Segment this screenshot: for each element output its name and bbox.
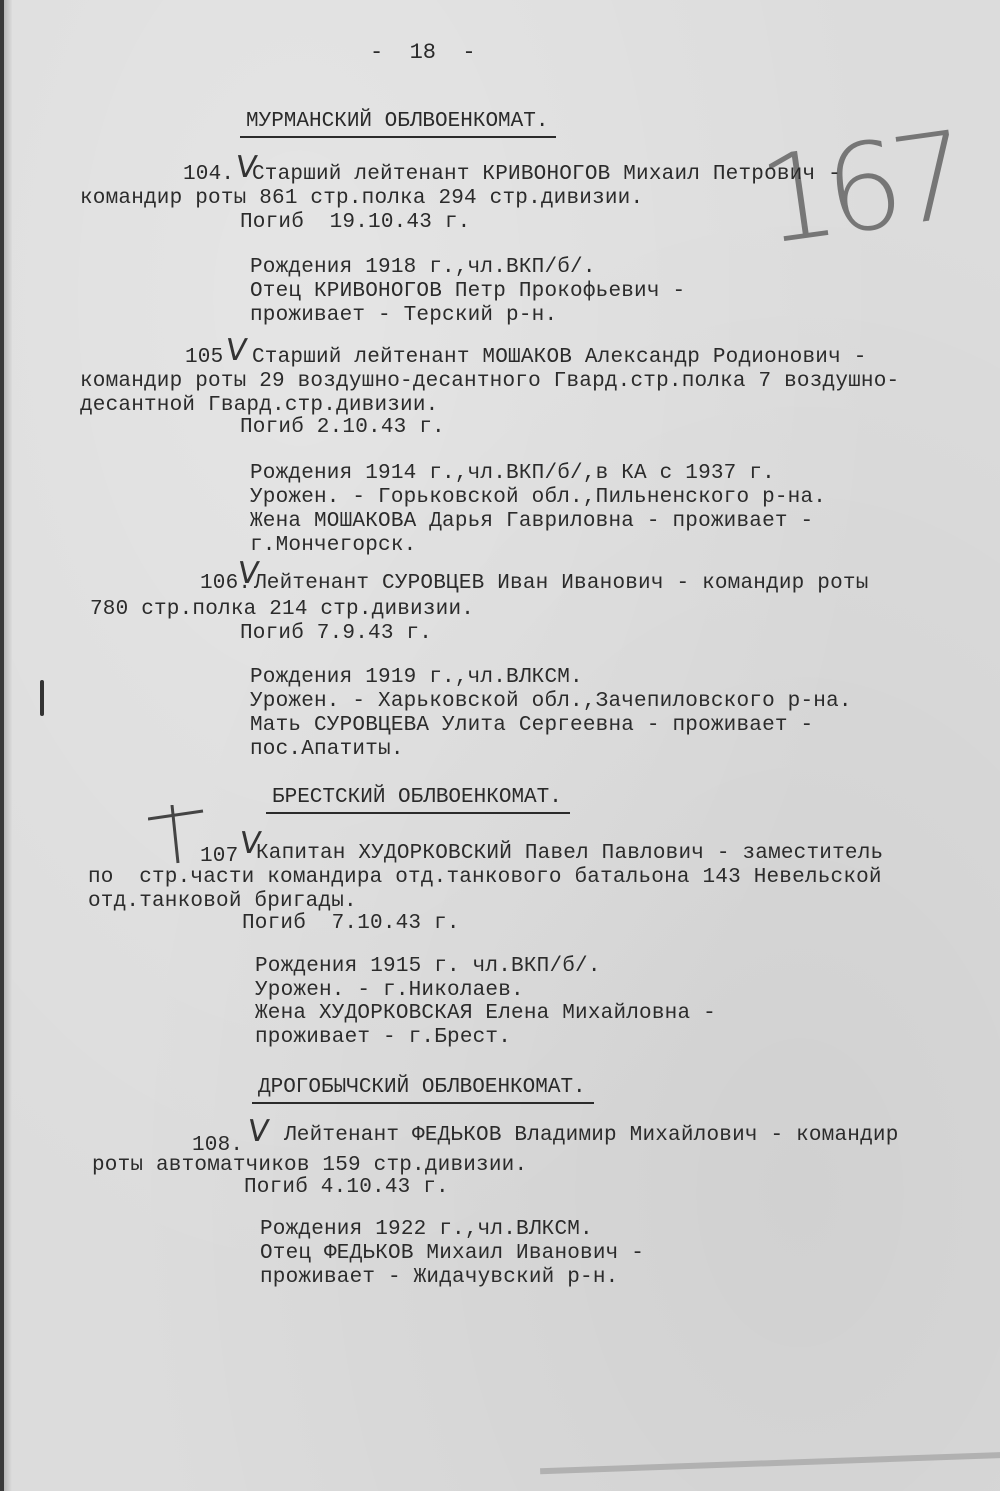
- entry-line: роты автоматчиков 159 стр.дивизии.: [92, 1154, 527, 1178]
- entry-line: десантной Гвард.стр.дивизии.: [80, 394, 438, 418]
- entry-detail: Рождения 1919 г.,чл.ВЛКСМ.: [250, 666, 583, 690]
- entry-death-date: Погиб 7.9.43 г.: [240, 622, 432, 646]
- document-page: - 18 - 167 МУРМАНСКИЙ ОБЛВОЕНКОМАТ. 104.…: [0, 0, 1000, 1491]
- entry-line: командир роты 861 стр.полка 294 стр.диви…: [80, 187, 643, 211]
- entry-detail: Мать СУРОВЦЕВА Улита Сергеевна - прожива…: [250, 714, 813, 738]
- entry-detail: проживает - г.Брест.: [255, 1026, 511, 1050]
- section-heading-murmansk: МУРМАНСКИЙ ОБЛВОЕНКОМАТ.: [240, 110, 556, 138]
- entry-detail: Жена ХУДОРКОВСКАЯ Елена Михайловна -: [255, 1002, 716, 1026]
- entry-line: командир роты 29 воздушно-десантного Гва…: [80, 370, 899, 394]
- section-heading-drogobych: ДРОГОБЫЧСКИЙ ОБЛВОЕНКОМАТ.: [252, 1076, 594, 1104]
- entry-line: 780 стр.полка 214 стр.дивизии.: [90, 598, 474, 622]
- handwritten-archive-number: 167: [751, 107, 967, 272]
- entry-detail: проживает - Терский р-н.: [250, 304, 557, 328]
- entry-number: 105: [185, 346, 223, 370]
- entry-line: отд.танковой бригады.: [88, 890, 357, 914]
- entry-detail: Урожен. - Харьковской обл.,Зачепиловског…: [250, 690, 852, 714]
- entry-line: Старший лейтенант КРИВОНОГОВ Михаил Петр…: [252, 163, 841, 187]
- check-mark-icon: V: [224, 333, 249, 368]
- page-fold-line: [540, 1452, 1000, 1474]
- entry-detail: Рождения 1918 г.,чл.ВКП/б/.: [250, 256, 596, 280]
- entry-detail: Отец КРИВОНОГОВ Петр Прокофьевич -: [250, 280, 685, 304]
- entry-death-date: Погиб 7.10.43 г.: [242, 912, 460, 936]
- entry-detail: Отец ФЕДЬКОВ Михаил Иванович -: [260, 1242, 644, 1266]
- entry-detail: проживает - Жидачувский р-н.: [260, 1266, 618, 1290]
- entry-line: по стр.части командира отд.танкового бат…: [88, 866, 882, 890]
- entry-detail: Жена МОШАКОВА Дарья Гавриловна - прожива…: [250, 510, 813, 534]
- cross-mark-icon: [148, 805, 208, 865]
- margin-pencil-mark: [40, 680, 44, 716]
- entry-detail: г.Мончегорск.: [250, 534, 416, 558]
- section-heading-brest: БРЕСТСКИЙ ОБЛВОЕНКОМАТ.: [266, 786, 570, 814]
- entry-detail: Урожен. - г.Николаев.: [255, 979, 524, 1003]
- entry-number: 104.: [183, 163, 234, 187]
- entry-line: Лейтенант СУРОВЦЕВ Иван Иванович - коман…: [254, 572, 869, 596]
- entry-detail: пос.Апатиты.: [250, 738, 404, 762]
- entry-detail: Урожен. - Горьковской обл.,Пильненского …: [250, 486, 826, 510]
- entry-detail: Рождения 1914 г.,чл.ВКП/б/,в КА с 1937 г…: [250, 462, 775, 486]
- entry-death-date: Погиб 2.10.43 г.: [240, 416, 445, 440]
- entry-line: Лейтенант ФЕДЬКОВ Владимир Михайлович - …: [284, 1124, 899, 1148]
- entry-detail: Рождения 1915 г. чл.ВКП/б/.: [255, 955, 601, 979]
- entry-line: Старший лейтенант МОШАКОВ Александр Роди…: [252, 346, 867, 370]
- entry-death-date: Погиб 19.10.43 г.: [240, 211, 470, 235]
- entry-line: Капитан ХУДОРКОВСКИЙ Павел Павлович - за…: [256, 842, 883, 866]
- entry-detail: Рождения 1922 г.,чл.ВЛКСМ.: [260, 1218, 593, 1242]
- check-mark-icon: V: [246, 1114, 271, 1149]
- binding-shadow: [4, 0, 12, 1491]
- entry-death-date: Погиб 4.10.43 г.: [244, 1176, 449, 1200]
- page-number: - 18 -: [370, 40, 476, 65]
